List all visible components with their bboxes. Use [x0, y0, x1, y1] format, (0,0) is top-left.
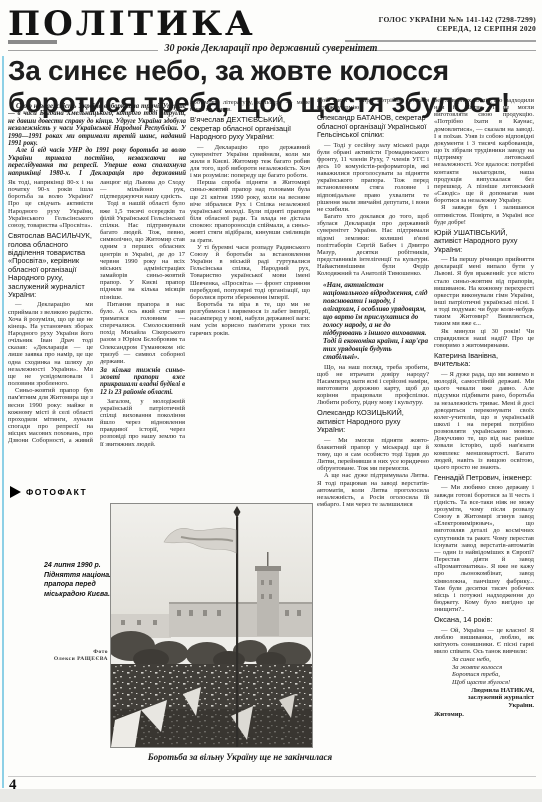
interviewee-subhead: Святослав ВАСИЛЬЧУК, голова обласного ві…	[8, 232, 93, 299]
body-paragraph: Житомир.	[434, 711, 534, 718]
body-paragraph: Багато хто доклався до того, щоб збулася…	[317, 213, 429, 277]
body-paragraph: — Ой, Україна — це класно! Я люблю вишив…	[434, 627, 534, 656]
body-paragraph: про мову, літературу, культуру — мене ні…	[190, 99, 310, 113]
body-paragraph: — Ми змогли підняти жовто-блакитний прап…	[317, 437, 429, 473]
lead-paragraph: Свою незалежність Україна виборювала три…	[8, 103, 186, 147]
column-1: Як тоді, наприкінці 80-х і на початку 90…	[8, 179, 185, 482]
interviewee-subhead: Юрій УШАТІВСЬКИЙ, активіст Народного рух…	[434, 229, 534, 254]
body-paragraph: Боротьба та віра в те, що ми не розгубим…	[190, 301, 310, 337]
body-paragraph: Тоді в нашій області було вже 1,5 тисячі…	[100, 200, 185, 300]
body-paragraph: України.	[434, 702, 534, 709]
footer-rule	[8, 776, 536, 777]
body-paragraph: щоб жити в мирі, потрібно тримати потужн…	[317, 97, 429, 111]
body-paragraph: Як минули ці 30 років! Чи справдилися на…	[434, 328, 534, 349]
body-paragraph: — Тоді у сесійну залу міської ради були …	[317, 142, 429, 214]
body-paragraph: заслужений журналіст	[434, 694, 534, 701]
column-4: без ливарних котлів, що надходили нам із…	[434, 97, 534, 767]
interviewee-subhead: В'ячеслав ДЕХТІЄВСЬКИЙ, секретар обласно…	[190, 116, 310, 141]
lead-paragraph: Але й від часів УНР до 1991 року боротьб…	[8, 147, 186, 176]
page-edge-shadow	[0, 789, 542, 802]
fotofakt-text: ФОТОФАКТ	[26, 487, 87, 497]
body-paragraph: Що, на наш погляд, треба зробити, щоб не…	[317, 364, 429, 407]
fotofakt-arrow-icon	[10, 486, 21, 498]
flag-raising-photo-illustration	[111, 504, 312, 747]
body-paragraph: — Декларацію ми сприймали з великою раді…	[8, 301, 93, 387]
interviewee-subhead: Оксана, 14 років:	[434, 616, 534, 624]
body-paragraph: Як тоді, наприкінці 80-х і на початку 90…	[8, 179, 93, 229]
photo-credit-line: Олекси РАЩЕЄВА	[38, 656, 108, 663]
section-title: ПОЛІТИКА	[8, 4, 256, 44]
body-paragraph: — Декларацію про державний суверенітет У…	[190, 144, 310, 180]
body-paragraph: Людмила НАТИКАЧ,	[434, 687, 534, 694]
column-2: про мову, літературу, культуру — мене ні…	[190, 99, 310, 501]
body-paragraph: — На першу річницю прийняття декларації …	[434, 256, 534, 328]
fotofakt-label: ФОТОФАКТ	[10, 486, 87, 498]
issue-info: ГОЛОС УКРАЇНИ №№ 141-142 (7298-7299) СЕР…	[379, 15, 536, 33]
issue-date-line: СЕРЕДА, 12 СЕРПНЯ 2020	[379, 24, 536, 33]
body-paragraph: А ще нас дуже підтримувала Литва. Я тоді…	[317, 472, 429, 508]
body-paragraph: Перша спроба підняти в Житомирі синьо-жо…	[190, 179, 310, 243]
issue-number-line: ГОЛОС УКРАЇНИ №№ 141-142 (7298-7299)	[379, 15, 536, 24]
left-accent-line	[2, 56, 4, 788]
masthead-rule-right	[345, 40, 536, 42]
body-paragraph: За синєє небо,За жовте колоссяБоротися т…	[452, 656, 534, 686]
body-paragraph: У ті буремні часи розпаду Радянського Со…	[190, 244, 310, 301]
body-paragraph: — Я дуже рада, що ми живемо в молодій, с…	[434, 371, 534, 471]
body-paragraph: Питання прапора в нас було. А ось який с…	[100, 301, 185, 365]
body-paragraph: Загалом, у молодіжній українській патріо…	[100, 398, 185, 448]
body-paragraph: За кілька тижнів синьо-жовті прапори вже…	[100, 367, 185, 396]
column-3: щоб жити в мирі, потрібно тримати потужн…	[317, 97, 429, 771]
interviewee-subhead: Олександр БАТАНОВ, секретар обласної орг…	[317, 114, 429, 139]
photo-credit-line: Фото	[38, 649, 108, 656]
photo-credit: Фото Олекси РАЩЕЄВА	[38, 649, 108, 663]
lead-paragraphs: Свою незалежність Україна виборювала три…	[8, 103, 186, 176]
interviewee-subhead: Олександр КОЗИЦЬКИЙ, активіст Народного …	[317, 409, 429, 434]
photo-bottom-caption: Боротьба за вільну Україну ще не закінчи…	[120, 752, 360, 762]
interviewee-subhead: Геннадій Петрович, інженер:	[434, 474, 534, 482]
body-paragraph: без ливарних котлів, що надходили нам із…	[434, 97, 534, 204]
body-paragraph: — Ми любимо свою державу і завжди готові…	[434, 484, 534, 613]
news-photo	[110, 503, 313, 748]
body-paragraph: «Нам, активістам національного відроджен…	[323, 281, 429, 361]
headline-line-1: За синєє небо, за жовте колосся	[8, 55, 510, 87]
kicker: 30 років Декларації про державний сувере…	[0, 43, 542, 54]
interviewee-subhead: Катерина Іванівна, вчителька:	[434, 352, 534, 369]
body-paragraph: Я завжди був і залишаюся оптимістом. Пов…	[434, 204, 534, 225]
